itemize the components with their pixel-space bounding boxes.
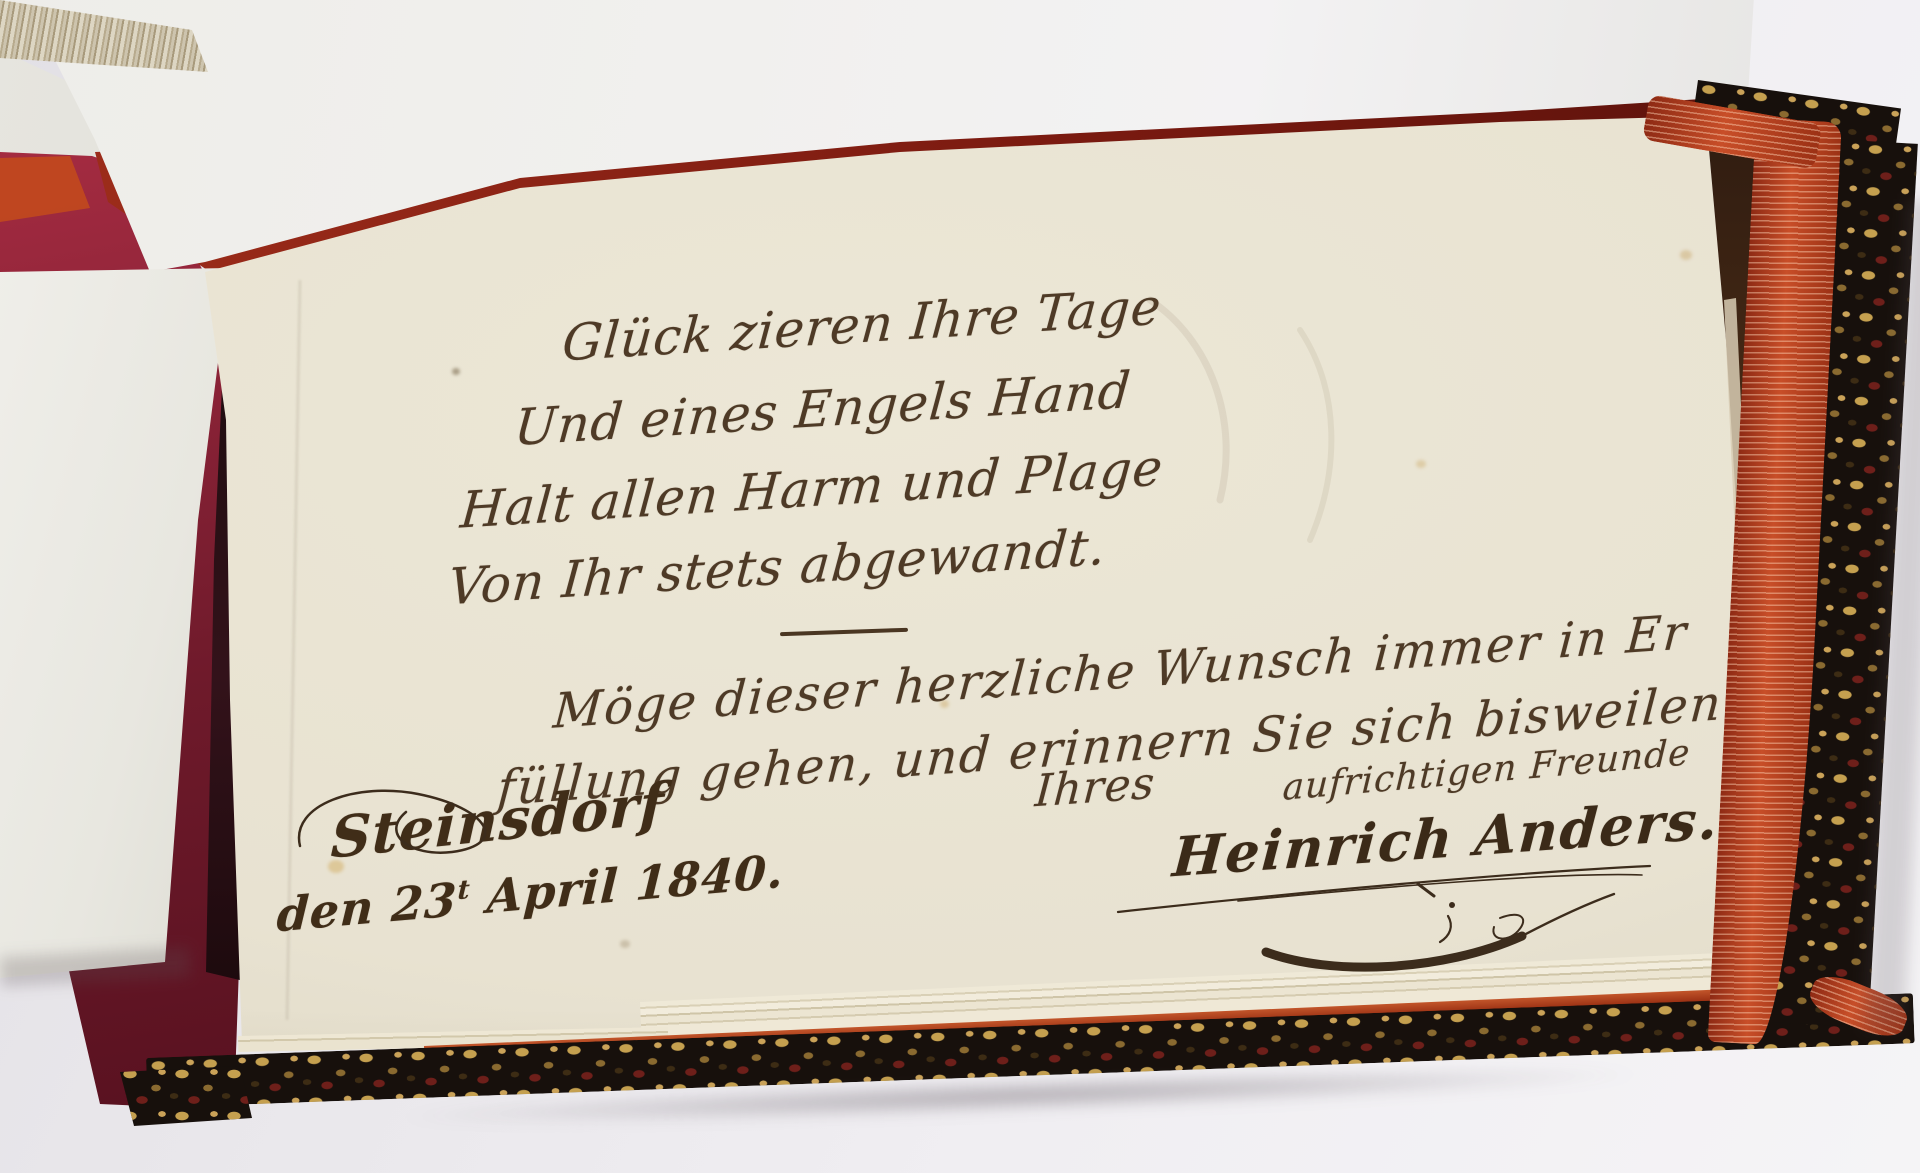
photo-of-open-album: Glück zieren Ihre Tage Und eines Engels … [0, 0, 1920, 1173]
photo-vignette [0, 0, 1920, 1173]
